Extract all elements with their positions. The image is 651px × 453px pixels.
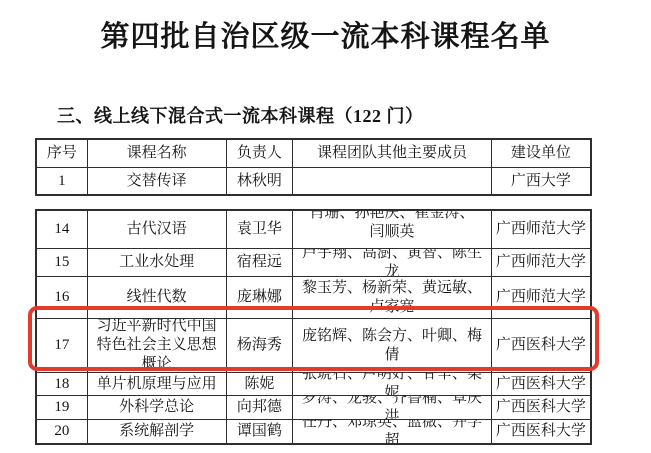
- table-row: 19 外科学总论 向邦德 罗涛、龙骏、齐鲁楠、覃庆洪 广西医科大学: [37, 395, 590, 419]
- cell-team: 黎玉芳、杨新荣、黄远敏、卢家宽: [292, 277, 491, 318]
- cell-no: 15: [37, 249, 87, 276]
- cell-no: 18: [37, 373, 87, 395]
- cell-team: 张琥石、卢明好、甘辛、梁妮: [292, 373, 491, 395]
- cell-team: 庞铭辉、陈会方、叶卿、梅倩: [292, 319, 491, 372]
- header-no: 序号: [37, 140, 87, 167]
- cell-course: 系统解剖学: [87, 420, 226, 443]
- header-unit: 建设单位: [491, 140, 590, 167]
- cell-team: 任丹、邓琼英、蓝薇、井学超: [292, 420, 491, 443]
- cell-unit: 广西大学: [491, 168, 590, 194]
- table-row: 18 单片机原理与应用 陈妮 张琥石、卢明好、甘辛、梁妮 广西医科大学: [37, 372, 590, 395]
- table-header-row: 序号 课程名称 负责人 课程团队其他主要成员 建设单位: [37, 140, 590, 167]
- cell-no: 17: [37, 319, 87, 372]
- course-table-top: 序号 课程名称 负责人 课程团队其他主要成员 建设单位 1 交替传译 林秋明 广…: [35, 138, 592, 196]
- header-leader: 负责人: [226, 140, 293, 167]
- cell-leader: 宿程远: [226, 249, 293, 276]
- cell-leader: 陈妮: [226, 373, 293, 395]
- cell-team: [292, 168, 491, 194]
- cell-course: 交替传译: [87, 168, 226, 194]
- cell-team: 肖珊、孙艳庆、崔金涛、 闫顺英: [292, 211, 491, 248]
- cell-unit: 广西师范大学: [491, 277, 590, 318]
- cell-no: 14: [37, 211, 87, 248]
- cell-no: 1: [37, 168, 87, 194]
- cell-course: 古代汉语: [87, 211, 226, 248]
- cell-course: 工业水处理: [87, 249, 226, 276]
- table-row: 1 交替传译 林秋明 广西大学: [37, 167, 590, 194]
- cell-unit: 广西师范大学: [491, 211, 590, 248]
- cell-unit: 广西师范大学: [491, 249, 590, 276]
- cell-unit: 广西医科大学: [491, 373, 590, 395]
- table-row: 14 古代汉语 袁卫华 肖珊、孙艳庆、崔金涛、 闫顺英 广西师范大学: [37, 211, 590, 248]
- cell-leader: 谭国鹤: [226, 420, 293, 443]
- cell-leader: 袁卫华: [226, 211, 293, 248]
- table-row: 20 系统解剖学 谭国鹤 任丹、邓琼英、蓝薇、井学超 广西医科大学: [37, 419, 590, 443]
- team-line-1: 肖珊、孙艳庆、崔金涛、: [309, 211, 474, 221]
- document-page: { "page": { "title": "第四批自治区级一流本科课程名单", …: [0, 0, 651, 453]
- cell-unit: 广西医科大学: [491, 396, 590, 419]
- table-row: 15 工业水处理 宿程远 卢宇翔、高澍、黄智、陈生龙 广西师范大学: [37, 248, 590, 276]
- cell-leader: 林秋明: [226, 168, 293, 194]
- section-heading: 三、线上线下混合式一流本科课程（122 门）: [57, 102, 424, 128]
- header-course: 课程名称: [87, 140, 226, 167]
- course-table-bottom: 14 古代汉语 袁卫华 肖珊、孙艳庆、崔金涛、 闫顺英 广西师范大学 15 工业…: [35, 209, 592, 445]
- cell-course: 单片机原理与应用: [87, 373, 226, 395]
- cell-unit: 广西医科大学: [491, 420, 590, 443]
- cell-leader: 向邦德: [226, 396, 293, 419]
- header-team: 课程团队其他主要成员: [292, 140, 491, 167]
- cell-leader: 庞琳娜: [226, 277, 293, 318]
- cell-leader: 杨海秀: [226, 319, 293, 372]
- cell-course: 线性代数: [87, 277, 226, 318]
- table-row-highlighted: 17 习近平新时代中国特色社会主义思想概论 杨海秀 庞铭辉、陈会方、叶卿、梅倩 …: [37, 318, 590, 372]
- cell-team: 罗涛、龙骏、齐鲁楠、覃庆洪: [292, 396, 491, 419]
- cell-no: 16: [37, 277, 87, 318]
- page-title: 第四批自治区级一流本科课程名单: [0, 14, 651, 55]
- cell-unit: 广西医科大学: [491, 319, 590, 372]
- cell-course: 外科学总论: [87, 396, 226, 419]
- table-row: 16 线性代数 庞琳娜 黎玉芳、杨新荣、黄远敏、卢家宽 广西师范大学: [37, 276, 590, 318]
- cell-team: 卢宇翔、高澍、黄智、陈生龙: [292, 249, 491, 276]
- cell-no: 19: [37, 396, 87, 419]
- cell-course: 习近平新时代中国特色社会主义思想概论: [87, 319, 226, 372]
- team-line-2: 闫顺英: [369, 224, 414, 240]
- cell-no: 20: [37, 420, 87, 443]
